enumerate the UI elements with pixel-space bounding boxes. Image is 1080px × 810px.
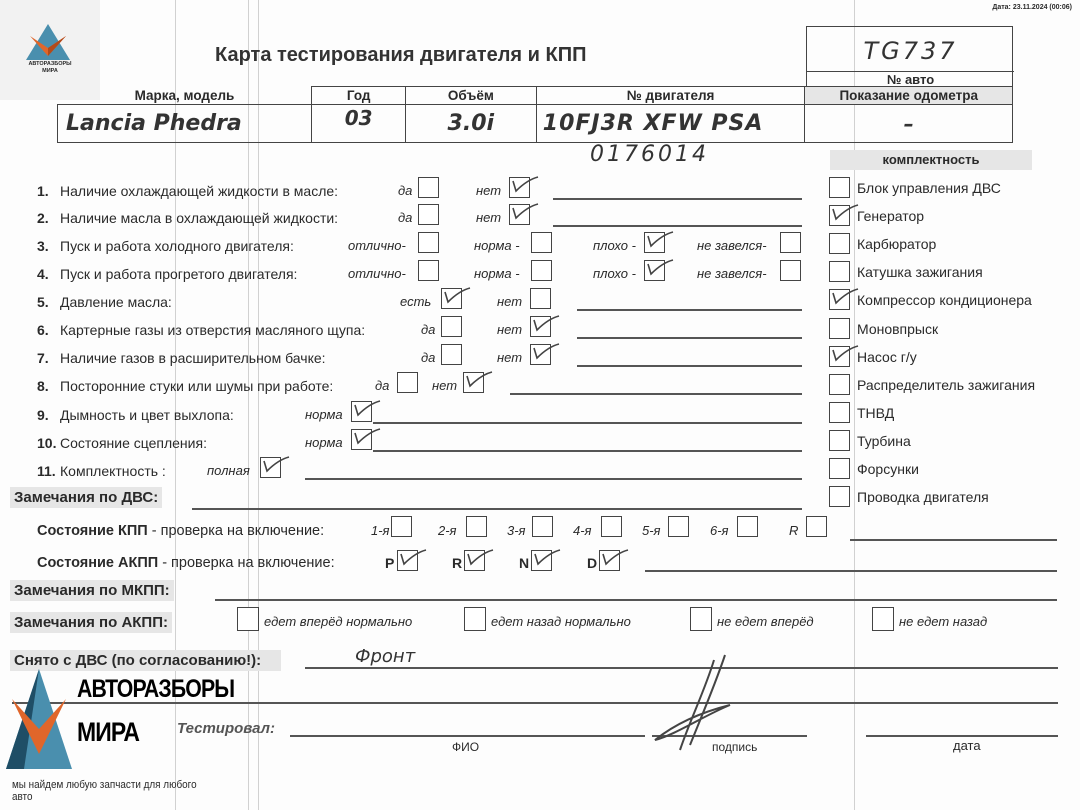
option-label: да: [398, 183, 412, 198]
col-header-volume: Объём: [405, 87, 536, 105]
option-label: нет: [497, 322, 522, 337]
completeness-item-label: Турбина: [857, 433, 911, 449]
remarks-engine-label: Замечания по ДВС:: [10, 487, 162, 508]
completeness-checkbox[interactable]: [829, 261, 850, 282]
option-label: норма -: [474, 266, 520, 281]
completeness-item-label: Компрессор кондиционера: [857, 292, 1032, 308]
remarks-engine-line[interactable]: [192, 508, 802, 510]
checkmark-icon: [398, 548, 428, 573]
auto-remark-checkbox[interactable]: [872, 607, 894, 631]
completeness-checkbox[interactable]: [829, 318, 850, 339]
completeness-title: комплектность: [830, 150, 1032, 170]
logo-slogan: мы найдем любую запчасти для любого авто: [12, 779, 208, 803]
completeness-checkbox[interactable]: [829, 402, 850, 423]
logo-small-line1: АВТОРАЗБОРЫ: [0, 61, 100, 68]
item-number: 9.: [37, 407, 49, 423]
option-checkbox[interactable]: [780, 260, 801, 281]
checkmark-icon: [531, 342, 561, 367]
remarks-manual-line[interactable]: [215, 599, 1057, 601]
option-label: есть: [400, 294, 431, 309]
gear-checkbox[interactable]: [601, 516, 622, 537]
option-checkbox[interactable]: [418, 260, 439, 281]
logo-big-mark-icon: [6, 669, 72, 769]
option-label: отлично-: [348, 266, 406, 281]
option-label: полная: [207, 463, 250, 478]
col-header-odometer: Показание одометра: [805, 87, 1013, 105]
item-label: Дымность и цвет выхлопа:: [60, 407, 234, 423]
col-header-model: Марка, модель: [58, 87, 312, 105]
option-checkbox[interactable]: [397, 372, 418, 393]
checkmark-icon: [464, 370, 494, 395]
col-header-year: Год: [312, 87, 405, 105]
auto-remark-checkbox[interactable]: [237, 607, 259, 631]
item-label: Наличие газов в расширительном бачке:: [60, 350, 326, 366]
auto-number-box: TG737 № авто: [806, 26, 1013, 86]
option-label: плохо -: [593, 238, 636, 253]
checkmark-icon: [352, 427, 382, 452]
comment-line[interactable]: [577, 365, 802, 367]
item-label: Наличие охлаждающей жидкости в масле:: [60, 183, 338, 199]
item-number: 1.: [37, 183, 49, 199]
comment-line[interactable]: [553, 225, 802, 227]
remarks-manual-label: Замечания по МКПП:: [10, 580, 174, 601]
option-checkbox[interactable]: [418, 204, 439, 225]
option-label: нет: [432, 378, 457, 393]
option-label: отлично-: [348, 238, 406, 253]
auto-number-value: TG737: [807, 37, 1014, 65]
remarks-auto-label: Замечания по АКПП:: [10, 612, 172, 633]
fio-line[interactable]: [290, 735, 645, 737]
option-checkbox[interactable]: [441, 344, 462, 365]
logo-big-line1: АВТОРАЗБОРЫ: [77, 675, 234, 704]
option-label: нет: [497, 294, 522, 309]
gear-label: 4-я: [573, 523, 592, 538]
volume-value: 3.0i: [405, 105, 536, 143]
fio-caption: ФИО: [452, 740, 479, 754]
gear-label: 1-я: [371, 523, 390, 538]
item-number: 10.: [37, 435, 56, 451]
comment-line[interactable]: [373, 422, 802, 424]
gear-label: R: [452, 555, 462, 571]
removed-value: Фронт: [355, 646, 415, 667]
item-number: 6.: [37, 322, 49, 338]
item-label: Пуск и работа прогретого двигателя:: [60, 266, 297, 282]
logo-big-line2: МИРА: [77, 717, 139, 748]
item-number: 7.: [37, 350, 49, 366]
option-label: плохо -: [593, 266, 636, 281]
option-label: да: [421, 350, 435, 365]
item-label: Картерные газы из отверстия масляного щу…: [60, 322, 365, 338]
item-number: 4.: [37, 266, 49, 282]
completeness-checkbox[interactable]: [829, 177, 850, 198]
option-label: не завелся-: [697, 266, 767, 281]
auto-remark-checkbox[interactable]: [464, 607, 486, 631]
completeness-item-label: Блок управления ДВС: [857, 180, 1001, 196]
option-checkbox[interactable]: [418, 177, 439, 198]
checkmark-icon: [442, 286, 472, 311]
comment-line[interactable]: [305, 478, 802, 480]
engine-no-line2: 0176014: [590, 142, 709, 167]
date-stamp: Дата: 23.11.2024 (00:06): [992, 4, 1072, 11]
auto-gearbox-label: Состояние АКПП - проверка на включение:: [37, 555, 335, 571]
gear-label: P: [385, 555, 394, 571]
completeness-item-label: Карбюратор: [857, 236, 936, 252]
completeness-item-label: Насос г/у: [857, 349, 917, 365]
gear-label: 3-я: [507, 523, 526, 538]
gear-checkbox[interactable]: [532, 516, 553, 537]
option-label: нет: [497, 350, 522, 365]
comment-line[interactable]: [373, 450, 802, 452]
auto-remark-checkbox[interactable]: [690, 607, 712, 631]
item-number: 5.: [37, 294, 49, 310]
gear-label: N: [519, 555, 529, 571]
auto-number-label: № авто: [807, 71, 1014, 87]
comment-line[interactable]: [577, 337, 802, 339]
item-number: 8.: [37, 378, 49, 394]
logo-mark-icon: [26, 24, 70, 60]
option-label: норма: [305, 435, 343, 450]
completeness-item-label: Моновпрыск: [857, 321, 938, 337]
gear-checkbox[interactable]: [668, 516, 689, 537]
signature-scribble: [650, 650, 740, 760]
option-label: норма -: [474, 238, 520, 253]
option-checkbox[interactable]: [441, 316, 462, 337]
completeness-item-label: Катушка зажигания: [857, 264, 983, 280]
comment-line[interactable]: [510, 393, 802, 395]
odometer-value: –: [805, 105, 1013, 143]
logo-big: АВТОРАЗБОРЫ МИРА мы найдем любую запчаст…: [0, 665, 230, 805]
item-label: Состояние сцепления:: [60, 435, 207, 451]
gear-label: R: [789, 523, 798, 538]
option-label: нет: [476, 183, 501, 198]
completeness-item-label: Форсунки: [857, 461, 919, 477]
option-label: да: [375, 378, 389, 393]
item-label: Давление масла:: [60, 294, 172, 310]
completeness-checkbox[interactable]: [829, 458, 850, 479]
checkmark-icon: [645, 258, 675, 283]
comment-line[interactable]: [553, 198, 802, 200]
completeness-checkbox[interactable]: [829, 374, 850, 395]
option-label: нет: [476, 210, 501, 225]
item-number: 3.: [37, 238, 49, 254]
col-header-engine-no: № двигателя: [536, 87, 805, 105]
gear-checkbox[interactable]: [806, 516, 827, 537]
manual-gearbox-line[interactable]: [850, 539, 1057, 541]
completeness-checkbox[interactable]: [829, 486, 850, 507]
checkmark-icon: [510, 202, 540, 227]
item-label: Комплектность :: [60, 463, 166, 479]
auto-remark-label: не едет назад: [899, 614, 987, 629]
checkmark-icon: [830, 203, 860, 228]
checkmark-icon: [261, 455, 291, 480]
auto-remark-label: едет назад нормально: [491, 614, 631, 629]
model-value: Lancia Phedra: [58, 105, 312, 143]
option-label: да: [421, 322, 435, 337]
auto-remark-label: едет вперёд нормально: [264, 614, 412, 629]
option-label: да: [398, 210, 412, 225]
option-checkbox[interactable]: [418, 232, 439, 253]
checkmark-icon: [600, 548, 630, 573]
checkmark-icon: [645, 230, 675, 255]
date-line[interactable]: [866, 735, 1058, 737]
date-caption: дата: [953, 738, 981, 753]
option-label: норма: [305, 407, 343, 422]
option-checkbox[interactable]: [530, 288, 551, 309]
completeness-item-label: ТНВД: [857, 405, 894, 421]
gear-checkbox[interactable]: [466, 516, 487, 537]
year-value: 03: [312, 105, 405, 143]
completeness-item-label: Проводка двигателя: [857, 489, 989, 505]
checkmark-icon: [465, 548, 495, 573]
completeness-item-label: Распределитель зажигания: [857, 377, 1035, 393]
checkmark-icon: [830, 344, 860, 369]
gear-checkbox[interactable]: [737, 516, 758, 537]
completeness-checkbox[interactable]: [829, 430, 850, 451]
checkmark-icon: [830, 287, 860, 312]
item-label: Посторонние стуки или шумы при работе:: [60, 378, 333, 394]
checkmark-icon: [352, 399, 382, 424]
auto-remark-label: не едет вперёд: [717, 614, 814, 629]
item-number: 11.: [37, 463, 56, 479]
logo-small-line2: МИРА: [0, 68, 100, 75]
gear-label: 2-я: [438, 523, 457, 538]
gear-label: D: [587, 555, 597, 571]
checkmark-icon: [510, 175, 540, 200]
engine-no-value: 10FJ3R XFW PSA: [536, 105, 805, 143]
item-number: 2.: [37, 210, 49, 226]
option-checkbox[interactable]: [531, 260, 552, 281]
gear-checkbox[interactable]: [391, 516, 412, 537]
item-label: Наличие масла в охлаждающей жидкости:: [60, 210, 338, 226]
logo-small: АВТОРАЗБОРЫ МИРА: [0, 0, 100, 100]
completeness-item-label: Генератор: [857, 208, 924, 224]
checkmark-icon: [531, 314, 561, 339]
gear-label: 6-я: [710, 523, 729, 538]
item-label: Пуск и работа холодного двигателя:: [60, 238, 294, 254]
page-title: Карта тестирования двигателя и КПП: [215, 44, 586, 67]
manual-gearbox-label: Состояние КПП - проверка на включение:: [37, 523, 324, 539]
option-checkbox[interactable]: [531, 232, 552, 253]
gear-label: 5-я: [642, 523, 661, 538]
completeness-checkbox[interactable]: [829, 233, 850, 254]
vehicle-table: Марка, модель Год Объём № двигателя Пока…: [57, 86, 1013, 143]
option-label: не завелся-: [697, 238, 767, 253]
checkmark-icon: [532, 548, 562, 573]
option-checkbox[interactable]: [780, 232, 801, 253]
auto-gearbox-line[interactable]: [645, 570, 1057, 572]
comment-line[interactable]: [577, 309, 802, 311]
